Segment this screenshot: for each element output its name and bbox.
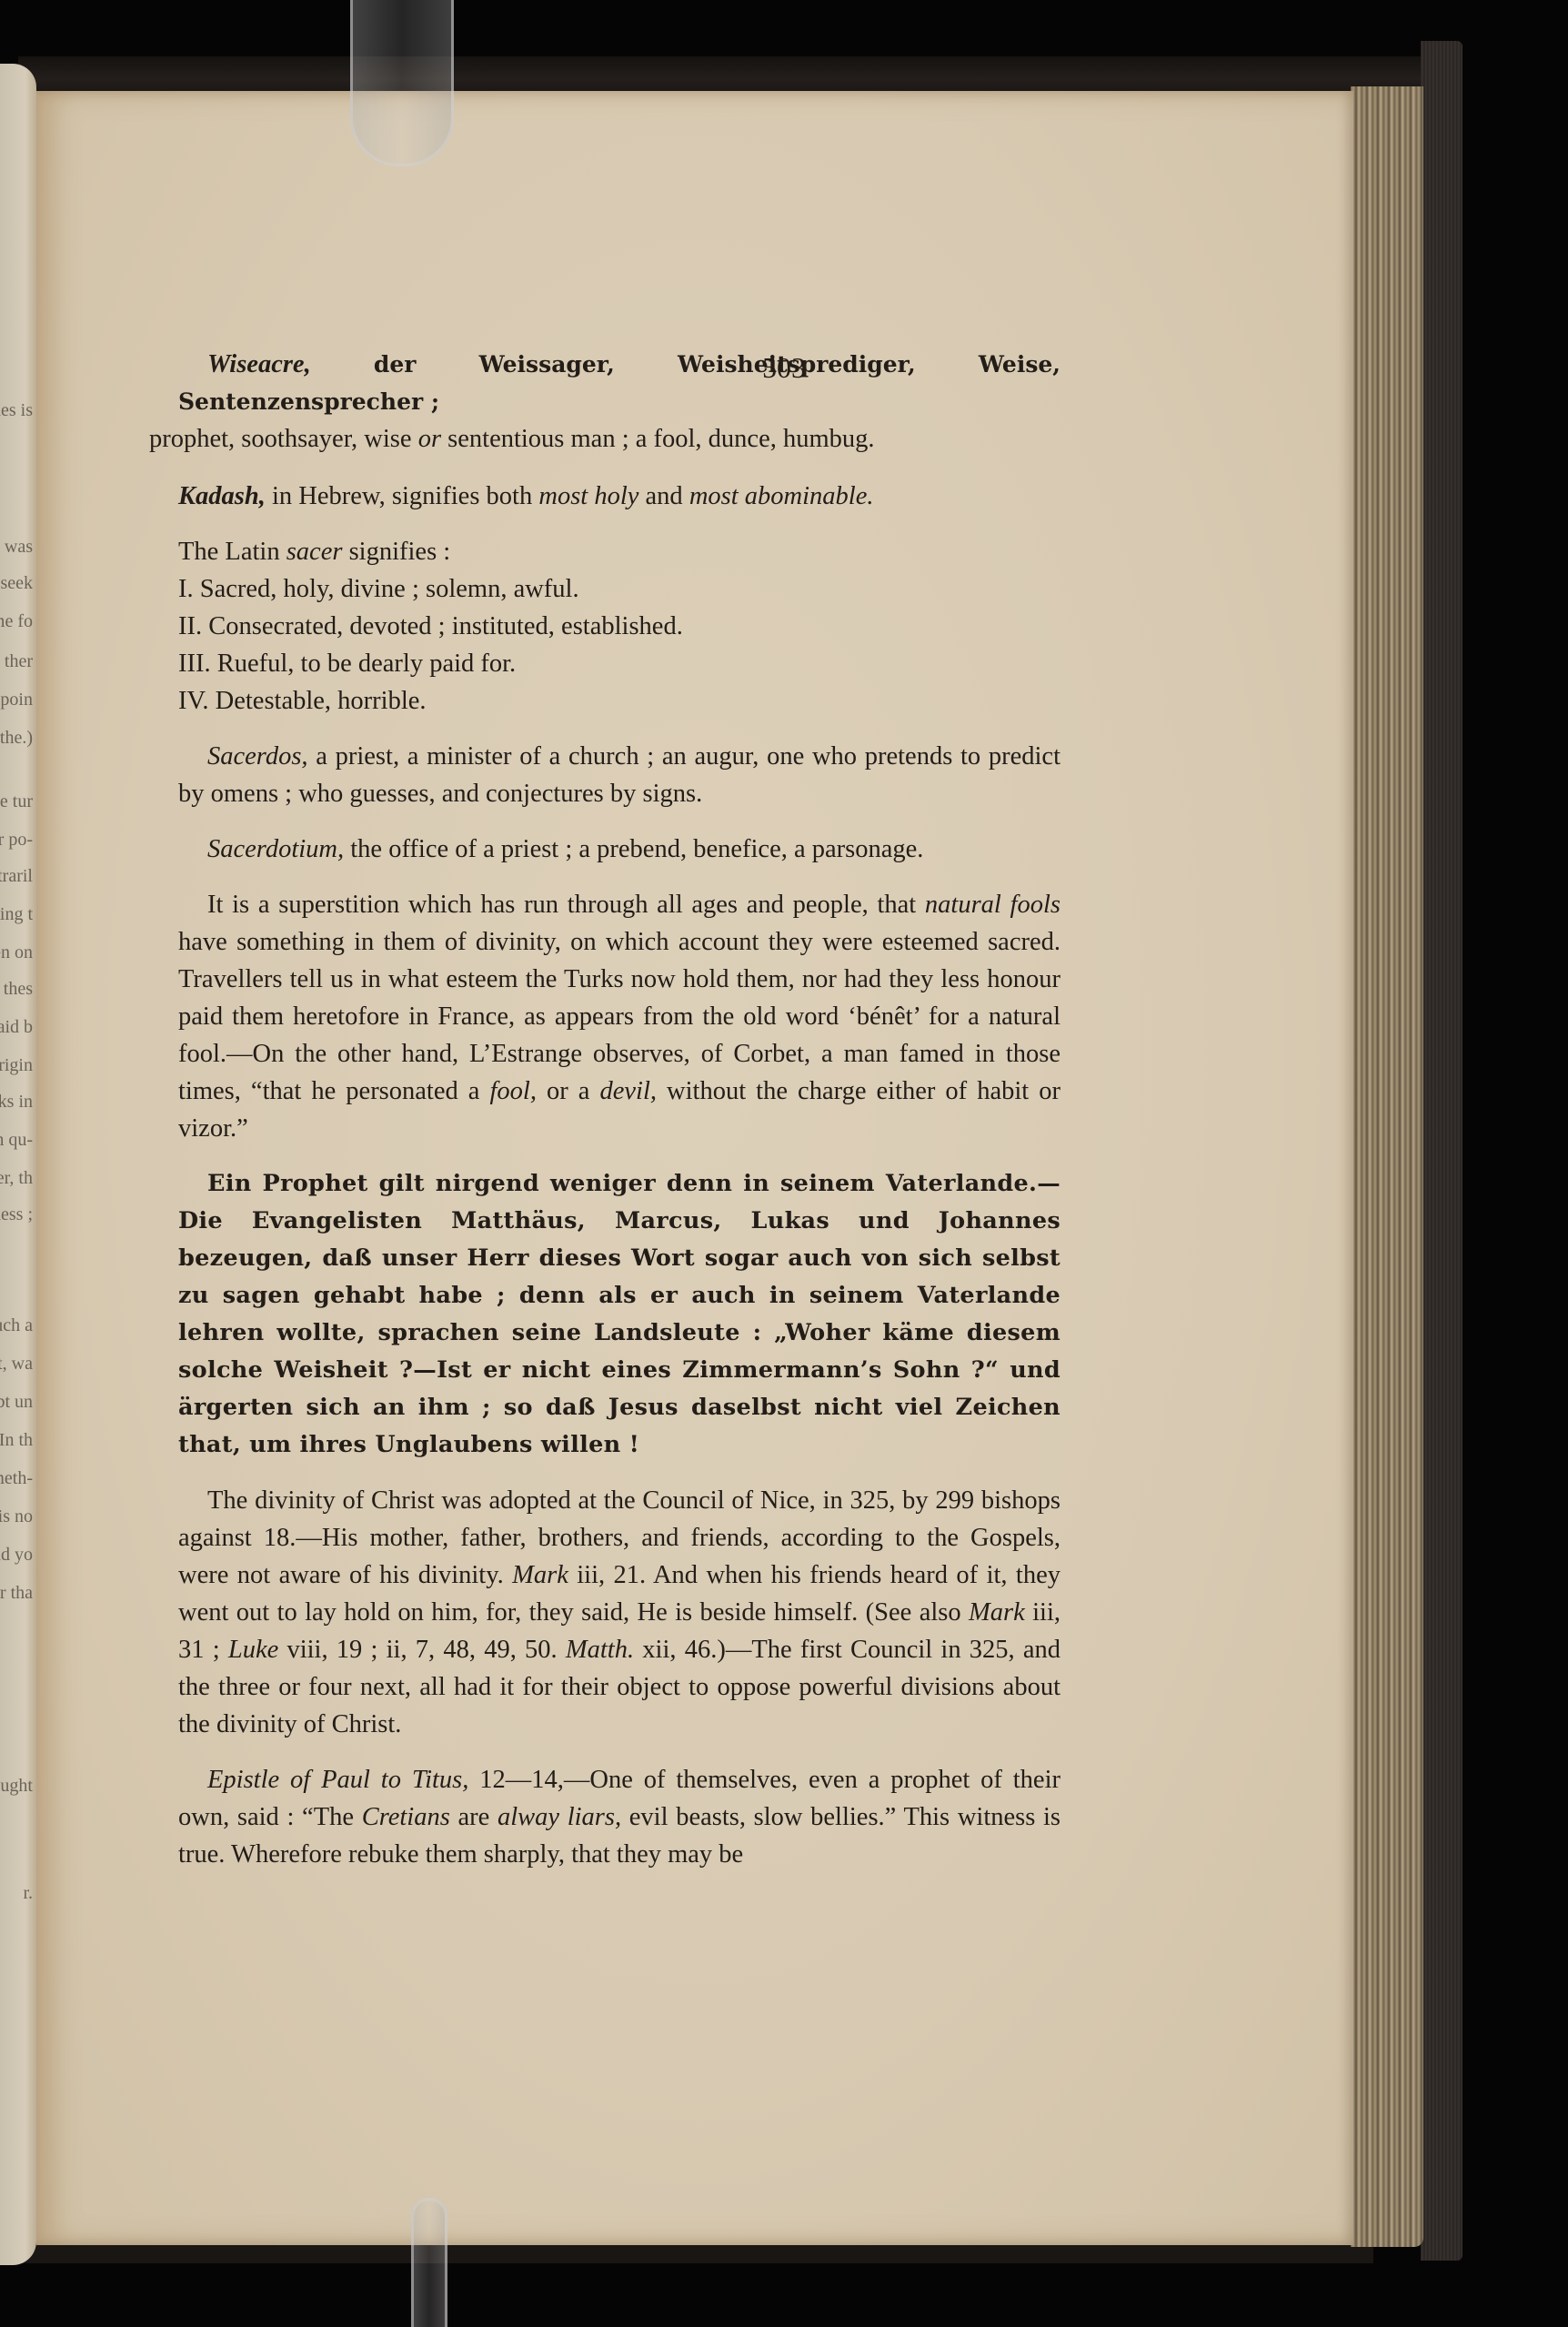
citation-em: Mark [512, 1561, 568, 1589]
facing-page-fragment: p thought [0, 1776, 33, 1797]
facing-page-fragment: oethe.) [0, 728, 33, 749]
facing-page-fragment: , with qu- [0, 1130, 33, 1151]
facing-page-fragment: lines is [0, 400, 33, 421]
facing-page-fragment: en said b [0, 1017, 33, 1038]
sacer-intro: The Latin sacer signifies : [178, 533, 1060, 570]
facing-page-fragment: flocks in [0, 1092, 33, 1113]
citation-em: Matth. [566, 1636, 634, 1664]
definition-text: The Latin [178, 538, 286, 566]
body-em: alway liars, [498, 1803, 621, 1831]
sacer-meaning-3: III. Rueful, to be dearly paid for. [178, 645, 1060, 682]
definition-text: and [638, 482, 689, 510]
paragraph-epistle-titus: Epistle of Paul to Titus, 12—14,—One of … [178, 1761, 1060, 1873]
facing-page-fragment: what thes [0, 979, 33, 1000]
citation-em: Mark [969, 1598, 1025, 1627]
facing-page-fragment: stand yo [0, 1545, 33, 1566]
definition-em: sacer [286, 538, 343, 566]
paragraph-german-prophet: Ein Prophet gilt nirgend weniger denn in… [178, 1165, 1060, 1464]
definition-text: in Hebrew, signifies both [266, 482, 539, 510]
facing-page-fragment: nt origin [0, 1055, 33, 1076]
facing-page-fragment: in ther [0, 651, 33, 672]
facing-page-fragment: ? I was [0, 537, 33, 558]
facing-page-fragment: r. [23, 1883, 33, 1904]
entry-head: Sacerdotium, [207, 835, 344, 863]
facing-page-fragment: at meth- [0, 1468, 33, 1489]
facing-page-fragment: Euch a [0, 1315, 33, 1336]
entry-sacerdos: Sacerdos, a priest, a minister of a chur… [178, 738, 1060, 812]
facing-page-fragment: n our po- [0, 830, 33, 851]
book-binding-top [18, 56, 1437, 95]
entry-head: Sacerdos, [207, 742, 308, 771]
body-text: viii, 19 ; ii, 7, 48, 49, 50. [278, 1636, 566, 1664]
facing-page-fragment: the poin [0, 690, 33, 710]
facing-page-fragment: se to seek [0, 573, 33, 594]
facing-page-fragment: cording t [0, 904, 33, 925]
facing-page-fragment: cuteness ; [0, 1204, 33, 1225]
body-text: or a [537, 1077, 600, 1105]
page-fore-edge [1351, 86, 1423, 2247]
definition-text: the office of a priest ; a prebend, bene… [344, 835, 923, 863]
definition-em: or [418, 425, 441, 453]
page-body: Wiseacre, der Weissager, Weisheitspredig… [178, 346, 1060, 1891]
paragraph-divinity-of-christ: The divinity of Christ was adopted at th… [178, 1482, 1060, 1743]
body-text: are [450, 1803, 498, 1831]
book-binding-bottom [9, 2245, 1373, 2263]
definition-em: most abominable. [689, 482, 874, 510]
definition-em: most holy [538, 482, 638, 510]
facing-page-left: lines is? I wasse to seeksome foin thert… [0, 64, 36, 2265]
facing-page-fragment: ägst, wa [0, 1354, 33, 1375]
facing-page-fragment: In th [0, 1430, 33, 1451]
citation-em: Luke [228, 1636, 278, 1664]
paragraph-natural-fools: It is a superstition which has run throu… [178, 886, 1060, 1147]
body-em: Cretians [362, 1803, 450, 1831]
facing-page-fragment: arbitraril [0, 866, 33, 887]
page-holder-clip-bottom [411, 2198, 447, 2327]
entry-sacer: The Latin sacer signifies : I. Sacred, h… [178, 533, 1060, 720]
body-em: natural fools [925, 891, 1060, 919]
book-photo: lines is? I wasse to seeksome foin thert… [0, 0, 1568, 2327]
facing-page-fragment: gebt un [0, 1392, 33, 1413]
body-em: fool, [489, 1077, 536, 1105]
facing-page-fragment: some fo [0, 611, 33, 632]
facing-page-fragment: eacher, th [0, 1168, 33, 1189]
entry-sacerdotium: Sacerdotium, the office of a priest ; a … [178, 831, 1060, 868]
facing-page-fragment: when on [0, 942, 33, 963]
facing-page-fragment: same tur [0, 791, 33, 812]
sacer-meaning-2: II. Consecrated, devoted ; instituted, e… [178, 608, 1060, 645]
citation-em: Epistle of Paul to Titus, [207, 1766, 468, 1794]
entry-kadash: Kadash, in Hebrew, signifies both most h… [178, 478, 1060, 515]
facing-page-fragment: : for tha [0, 1583, 33, 1604]
definition-text: prophet, soothsayer, wise [149, 425, 418, 453]
facing-page-fragment: at is no [0, 1506, 33, 1527]
sacer-meaning-1: I. Sacred, holy, divine ; solemn, awful. [178, 570, 1060, 608]
definition-text: sententious man ; a fool, dunce, humbug. [441, 425, 875, 453]
entry-head: Wiseacre, [207, 350, 311, 378]
body-em: devil, [599, 1077, 657, 1105]
definition-text: a priest, a minister of a church ; an au… [178, 742, 1060, 808]
entry-wiseacre: Wiseacre, der Weissager, Weisheitspredig… [178, 346, 1060, 458]
german-synonyms: der Weissager, Weisheitsprediger, Weise,… [178, 351, 1060, 415]
definition-text: signifies : [342, 538, 450, 566]
page-holder-clip-top [350, 0, 454, 166]
sacer-meaning-4: IV. Detestable, horrible. [178, 682, 1060, 720]
body-text: It is a superstition which has run throu… [207, 891, 925, 919]
entry-head: Kadash, [178, 482, 266, 510]
